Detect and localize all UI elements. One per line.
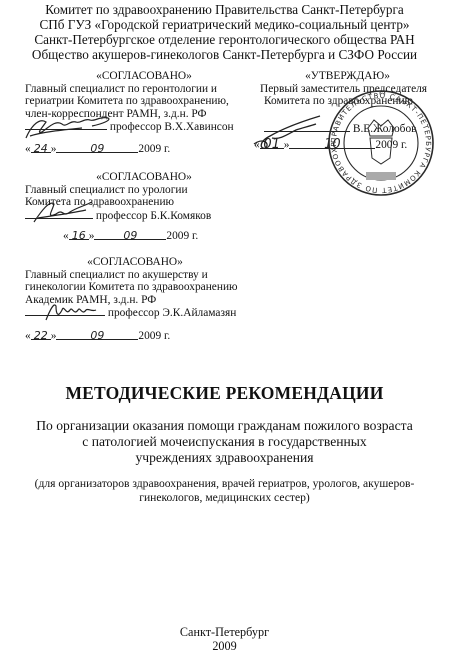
audience-line: гинекологов, медицинских сестер) [0, 491, 449, 505]
subtitle-line: учреждениях здравоохранения [0, 450, 449, 466]
approval-block-urology: «СОГЛАСОВАНО» Главный специалист по урол… [25, 171, 245, 243]
date-year: 2009 г. [138, 143, 170, 155]
approval-date: «24»092009 г. [25, 143, 245, 156]
signature-field [25, 209, 93, 219]
approval-line: гериатрии Комитета по здравоохранению, [25, 95, 245, 108]
signature-field [25, 306, 105, 316]
header-line: СПб ГУЗ «Городской гериатрический медико… [0, 17, 449, 32]
date-month: 10 [289, 139, 375, 149]
approval-line: Главный специалист по акушерству и [25, 269, 265, 282]
date-day: 01 [260, 139, 284, 149]
approval-line: гинекологии Комитета по здравоохранению [25, 281, 265, 294]
approval-title: «СОГЛАСОВАНО» [25, 171, 245, 184]
approval-line: Комитета по здравоохранению [254, 95, 449, 108]
approval-line: член-корреспондент РАМН, з.д.н. РФ [25, 108, 245, 121]
header-line: Санкт-Петербургское отделение геронтолог… [0, 32, 449, 47]
date-month: 09 [56, 143, 138, 153]
signature-line: В.Е.Жолобов [254, 122, 449, 136]
signature-field [264, 122, 350, 132]
approval-line: Первый заместитель председателя [254, 83, 449, 96]
approval-line: Комитета по здравоохранению [25, 196, 245, 209]
approval-line: Главный специалист по геронтологии и [25, 83, 245, 96]
approval-title: «СОГЛАСОВАНО» [25, 256, 245, 269]
approval-date: «22»092009 г. [25, 330, 265, 343]
header-line: Общество акушеров-гинекологов Санкт-Пете… [0, 47, 449, 62]
date-year: 2009 г. [138, 330, 170, 342]
signature-line: профессор Э.К.Айламазян [25, 306, 265, 320]
subtitle-line: По организации оказания помощи гражданам… [0, 418, 449, 434]
signatory-name: профессор В.Х.Хавинсон [110, 121, 234, 133]
date-month: 09 [94, 230, 166, 240]
date-day: 22 [31, 330, 51, 340]
approval-title: «СОГЛАСОВАНО» [25, 70, 245, 83]
document-header: Комитет по здравоохранению Правительства… [0, 2, 449, 62]
date-day: 24 [31, 143, 51, 153]
approval-block-obstetrics: «СОГЛАСОВАНО» Главный специалист по акуш… [25, 256, 265, 343]
signatory-name: профессор Э.К.Айламазян [108, 307, 236, 319]
footer-year: 2009 [0, 640, 449, 654]
signature-line: профессор В.Х.Хавинсон [25, 120, 245, 134]
signature-field [25, 120, 107, 130]
document-title: МЕТОДИЧЕСКИЕ РЕКОМЕНДАЦИИ [0, 383, 449, 404]
approval-date: «01»102009 г. [254, 139, 449, 152]
subtitle-line: с патологией мочеиспускания в государств… [0, 434, 449, 450]
date-year: 2009 г. [166, 230, 198, 242]
approval-line: Академик РАМН, з.д.н. РФ [25, 294, 265, 307]
date-day: 16 [69, 230, 89, 240]
date-month: 09 [56, 330, 138, 340]
header-line: Комитет по здравоохранению Правительства… [0, 2, 449, 17]
signature-line: профессор Б.К.Комяков [25, 209, 245, 223]
approval-line: Главный специалист по урологии [25, 184, 245, 197]
approval-title: «УТВЕРЖДАЮ» [254, 70, 449, 83]
signatory-name: В.Е.Жолобов [353, 123, 417, 135]
approval-block-approved: «УТВЕРЖДАЮ» Первый заместитель председат… [254, 70, 449, 152]
document-subtitle: По организации оказания помощи гражданам… [0, 418, 449, 466]
audience-line: (для организаторов здравоохранения, врач… [0, 477, 449, 491]
approval-date: «16»092009 г. [25, 230, 245, 243]
document-footer: Санкт-Петербург 2009 [0, 626, 449, 653]
date-year: 2009 г. [375, 139, 407, 151]
document-audience: (для организаторов здравоохранения, врач… [0, 477, 449, 505]
footer-city: Санкт-Петербург [0, 626, 449, 640]
signatory-name: профессор Б.К.Комяков [96, 210, 211, 222]
approval-block-gerontology: «СОГЛАСОВАНО» Главный специалист по геро… [25, 70, 245, 156]
